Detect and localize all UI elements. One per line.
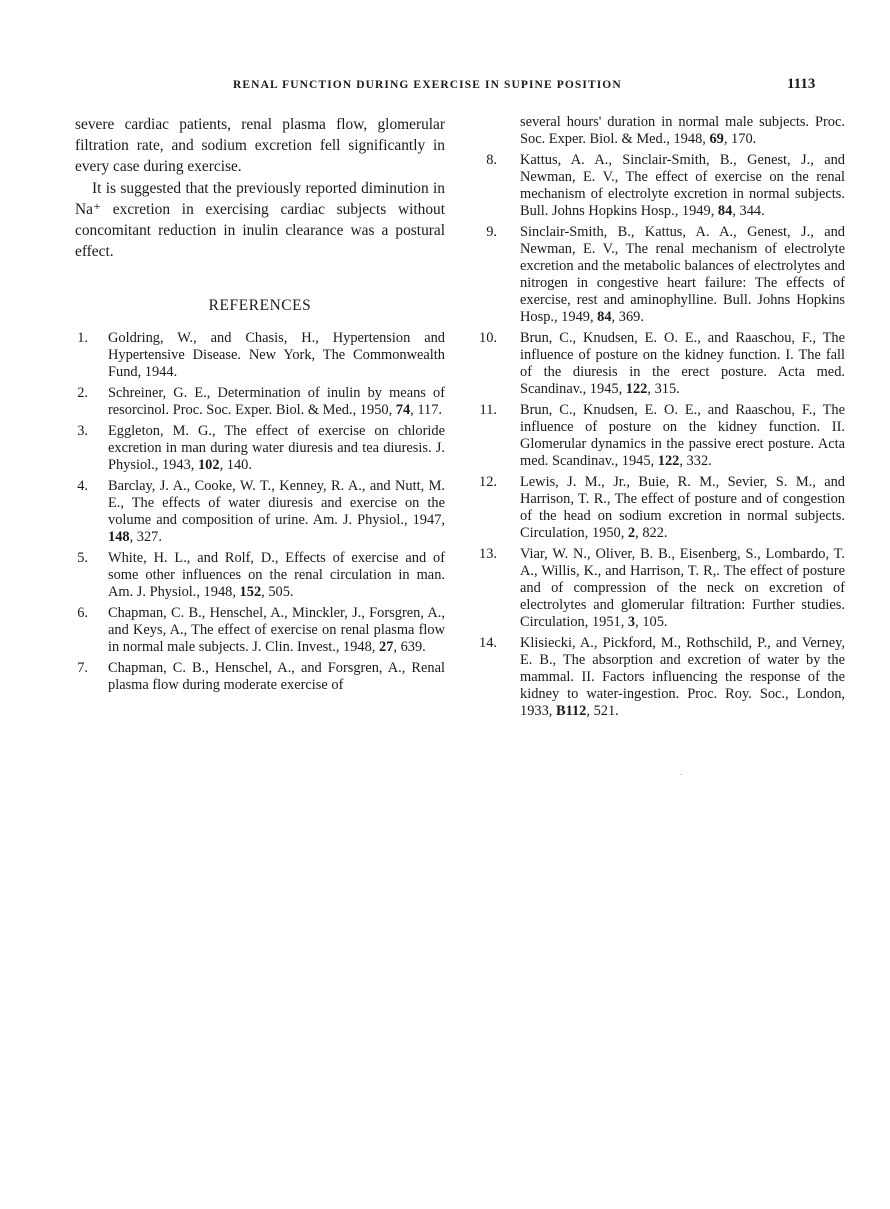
right-column: several hours' duration in normal male s… <box>487 114 845 724</box>
reference-pages: , 170. <box>724 131 756 147</box>
reference-text: Goldring, W., and Chasis, H., Hypertensi… <box>108 330 445 380</box>
reference-number: 6. <box>58 605 91 622</box>
reference-pages: , 315. <box>647 381 679 397</box>
running-title: RENAL FUNCTION DURING EXERCISE IN SUPINE… <box>233 79 622 91</box>
reference-pages: , 521. <box>586 703 618 719</box>
references-heading: REFERENCES <box>75 295 445 316</box>
reference-number: 14. <box>467 635 500 652</box>
body-paragraph: severe cardiac patients, renal plasma fl… <box>75 114 445 178</box>
reference-pages: , 822. <box>635 525 667 541</box>
reference-pages: , 369. <box>612 309 644 325</box>
reference-pages: , 505. <box>261 584 293 600</box>
reference-number: 3. <box>58 423 91 440</box>
reference-text: Schreiner, G. E., Determination of inuli… <box>108 385 445 418</box>
reference-item: 4.Barclay, J. A., Cooke, W. T., Kenney, … <box>75 478 445 546</box>
reference-item-continued: several hours' duration in normal male s… <box>487 114 845 148</box>
reference-number: 11. <box>467 402 500 419</box>
running-header: RENAL FUNCTION DURING EXERCISE IN SUPINE… <box>0 79 890 99</box>
reference-text: Eggleton, M. G., The effect of exercise … <box>108 423 445 473</box>
reference-pages: , 344. <box>732 203 764 219</box>
reference-pages: , 639. <box>393 639 425 655</box>
reference-text: Sinclair-Smith, B., Kattus, A. A., Genes… <box>520 224 845 325</box>
reference-item: 14.Klisiecki, A., Pickford, M., Rothschi… <box>487 635 845 720</box>
reference-item: 2.Schreiner, G. E., Determination of inu… <box>75 385 445 419</box>
reference-pages: , 117. <box>410 402 442 418</box>
reference-text: several hours' duration in normal male s… <box>520 114 845 147</box>
reference-list-left: 1.Goldring, W., and Chasis, H., Hyperten… <box>75 330 445 694</box>
reference-number: 8. <box>467 152 500 169</box>
reference-item: 8.Kattus, A. A., Sinclair-Smith, B., Gen… <box>487 152 845 220</box>
reference-number: 1. <box>58 330 91 347</box>
reference-text: Brun, C., Knudsen, E. O. E., and Raascho… <box>520 330 845 397</box>
left-column: severe cardiac patients, renal plasma fl… <box>75 114 445 698</box>
reference-volume: B112 <box>556 703 586 719</box>
body-paragraph: It is suggested that the previously repo… <box>75 178 445 263</box>
reference-volume: 69 <box>709 131 723 147</box>
reference-item: 1.Goldring, W., and Chasis, H., Hyperten… <box>75 330 445 381</box>
reference-item: 12.Lewis, J. M., Jr., Buie, R. M., Sevie… <box>487 474 845 542</box>
reference-volume: 102 <box>198 457 220 473</box>
reference-item: 13.Viar, W. N., Oliver, B. B., Eisenberg… <box>487 546 845 631</box>
reference-text: Barclay, J. A., Cooke, W. T., Kenney, R.… <box>108 478 445 528</box>
reference-number: 9. <box>467 224 500 241</box>
reference-volume: 84 <box>718 203 732 219</box>
reference-text: Kattus, A. A., Sinclair-Smith, B., Genes… <box>520 152 845 219</box>
reference-pages: , 140. <box>220 457 252 473</box>
reference-pages: , 105. <box>635 614 667 630</box>
reference-number: 4. <box>58 478 91 495</box>
reference-number: 2. <box>58 385 91 402</box>
reference-item: 10.Brun, C., Knudsen, E. O. E., and Raas… <box>487 330 845 398</box>
reference-volume: 27 <box>379 639 393 655</box>
page-number: 1113 <box>787 76 815 93</box>
reference-text: Chapman, C. B., Henschel, A., and Forsgr… <box>108 660 445 693</box>
reference-number: 7. <box>58 660 91 677</box>
reference-item: 9.Sinclair-Smith, B., Kattus, A. A., Gen… <box>487 224 845 326</box>
reference-volume: 152 <box>240 584 262 600</box>
reference-item: 6.Chapman, C. B., Henschel, A., Minckler… <box>75 605 445 656</box>
reference-item: 5.White, H. L., and Rolf, D., Effects of… <box>75 550 445 601</box>
reference-number: 12. <box>467 474 500 491</box>
reference-pages: , 332. <box>679 453 711 469</box>
scan-speck <box>680 774 682 775</box>
reference-volume: 74 <box>396 402 410 418</box>
reference-volume: 84 <box>597 309 611 325</box>
reference-item: 3.Eggleton, M. G., The effect of exercis… <box>75 423 445 474</box>
reference-item: 7.Chapman, C. B., Henschel, A., and Fors… <box>75 660 445 694</box>
reference-volume: 122 <box>626 381 648 397</box>
reference-number: 5. <box>58 550 91 567</box>
reference-pages: , 327. <box>130 529 162 545</box>
reference-number: 10. <box>467 330 500 347</box>
reference-volume: 148 <box>108 529 130 545</box>
reference-item: 11.Brun, C., Knudsen, E. O. E., and Raas… <box>487 402 845 470</box>
reference-text: Viar, W. N., Oliver, B. B., Eisenberg, S… <box>520 546 845 630</box>
reference-text: Lewis, J. M., Jr., Buie, R. M., Sevier, … <box>520 474 845 541</box>
reference-volume: 122 <box>658 453 680 469</box>
reference-list-right: several hours' duration in normal male s… <box>487 114 845 720</box>
reference-number: 13. <box>467 546 500 563</box>
